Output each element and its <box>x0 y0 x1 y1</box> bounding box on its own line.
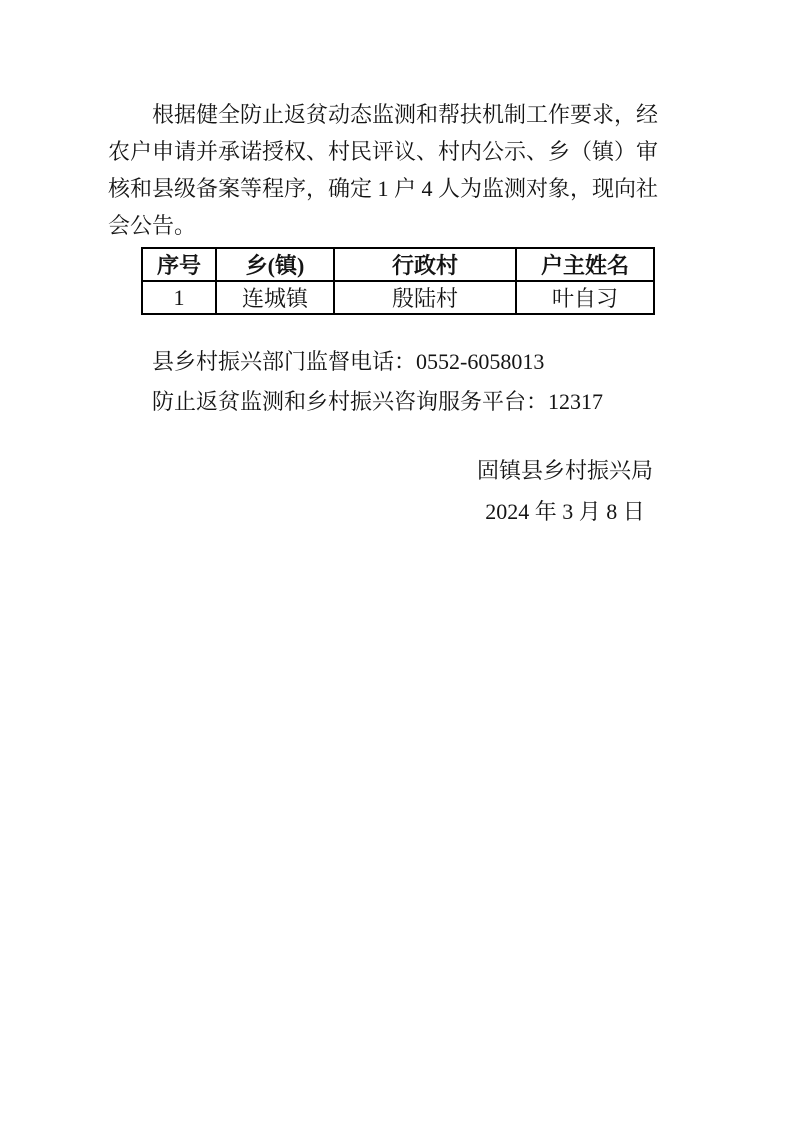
issue-date: 2024 年 3 月 8 日 <box>477 491 653 532</box>
table-cell-householder: 叶自习 <box>516 281 654 314</box>
issuing-organization: 固镇县乡村振兴局 <box>477 450 653 491</box>
contact-info: 县乡村振兴部门监督电话：0552-6058013 防止返贫监测和乡村振兴咨询服务… <box>152 342 603 422</box>
table-cell-township: 连城镇 <box>216 281 334 314</box>
supervision-phone-line: 县乡村振兴部门监督电话：0552-6058013 <box>152 342 603 382</box>
document-page: 根据健全防止返贫动态监测和帮扶机制工作要求，经 农户申请并承诺授权、村民评议、村… <box>0 0 793 1122</box>
monitoring-objects-table: 序号 乡(镇) 行政村 户主姓名 1 连城镇 殷陆村 叶自习 <box>141 247 655 315</box>
table-header-township: 乡(镇) <box>216 248 334 281</box>
paragraph-line-3: 核和县级备案等程序，确定 1 户 4 人为监测对象，现向社 <box>108 170 668 207</box>
table-row: 1 连城镇 殷陆村 叶自习 <box>142 281 654 314</box>
table-header-row: 序号 乡(镇) 行政村 户主姓名 <box>142 248 654 281</box>
paragraph-line-4: 会公告。 <box>108 207 668 244</box>
table-header-householder: 户主姓名 <box>516 248 654 281</box>
signature-block: 固镇县乡村振兴局 2024 年 3 月 8 日 <box>477 450 653 532</box>
table-header-index: 序号 <box>142 248 216 281</box>
paragraph-line-1: 根据健全防止返贫动态监测和帮扶机制工作要求，经 <box>108 96 668 133</box>
table-header-village: 行政村 <box>334 248 516 281</box>
paragraph-line-2: 农户申请并承诺授权、村民评议、村内公示、乡（镇）审 <box>108 133 668 170</box>
table-cell-village: 殷陆村 <box>334 281 516 314</box>
table-cell-index: 1 <box>142 281 216 314</box>
service-platform-line: 防止返贫监测和乡村振兴咨询服务平台：12317 <box>152 382 603 422</box>
announcement-paragraph: 根据健全防止返贫动态监测和帮扶机制工作要求，经 农户申请并承诺授权、村民评议、村… <box>108 96 668 244</box>
